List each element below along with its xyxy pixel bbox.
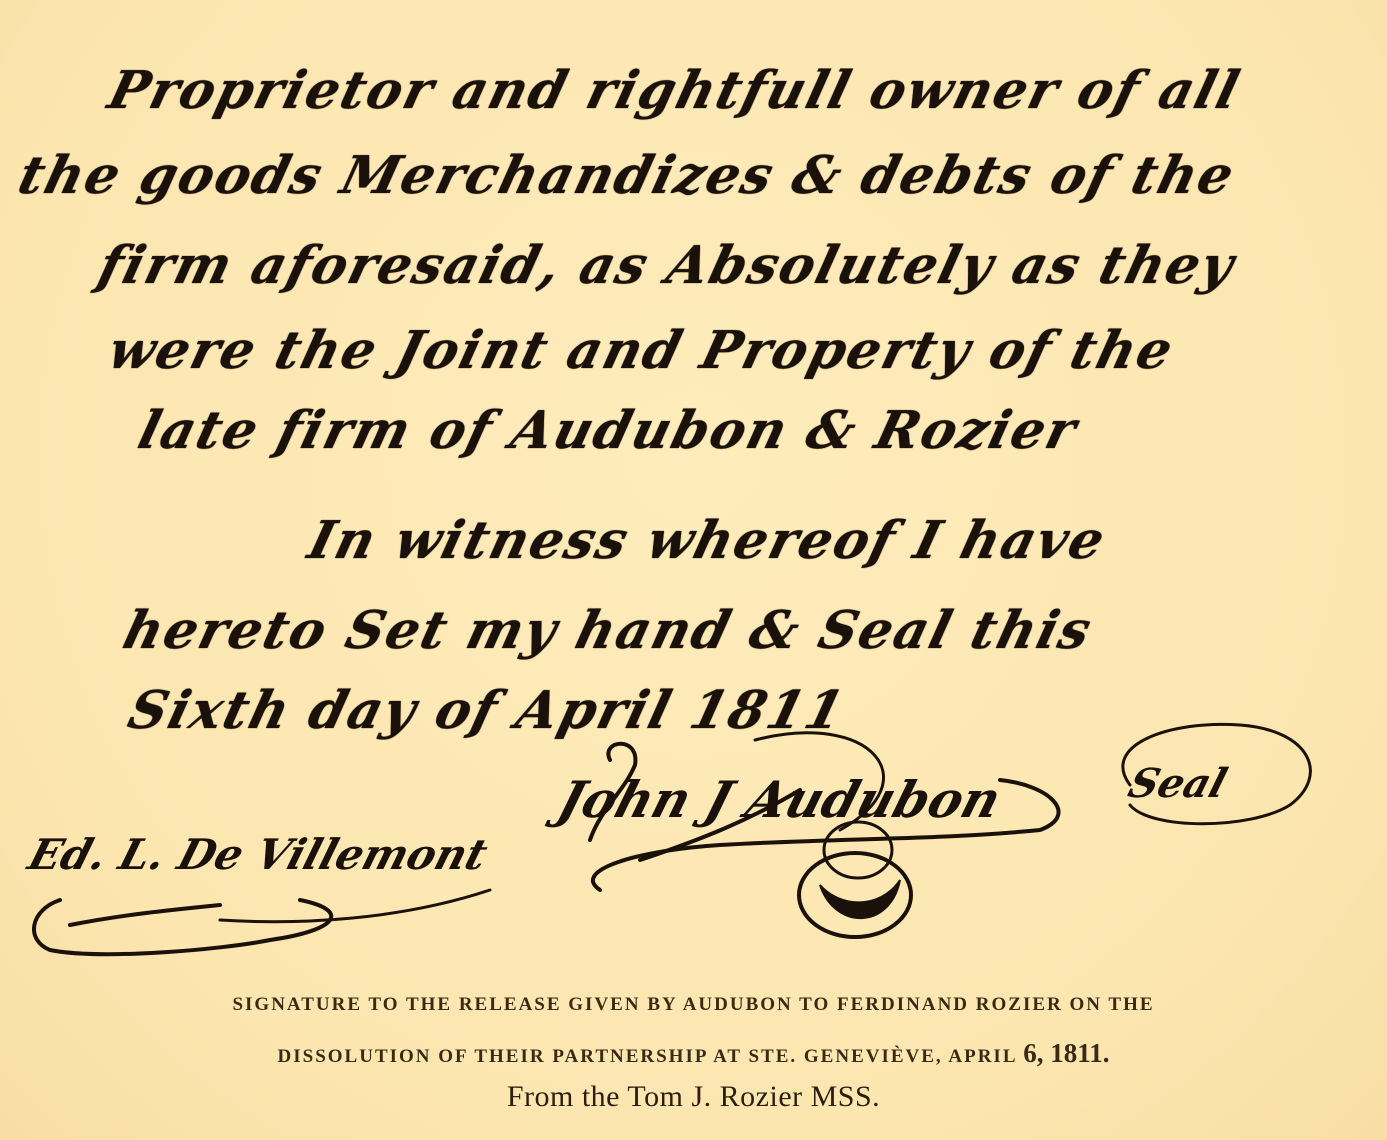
handwritten-line-5: late firm of Audubon & Rozier [132,400,1084,461]
handwritten-line-1: Proprietor and rightfull owner of all [102,60,1246,121]
handwritten-line-3: firm aforesaid, as Absolutely as they [92,235,1241,296]
handwritten-line-6: In witness whereof I have [302,510,1112,571]
handwritten-line-2: the goods Merchandizes & debts of the [12,145,1241,206]
witness-signature: Ed. L. De Villemont [23,830,493,879]
handwritten-line-7: hereto Set my hand & Seal this [117,600,1098,661]
handwritten-line-4: were the Joint and Property of the [102,320,1180,381]
scanned-document-page: Proprietor and rightfull owner of all th… [0,0,1387,1140]
seal-mark-icon [780,820,940,940]
caption-line-2-text: DISSOLUTION OF THEIR PARTNERSHIP AT STE.… [278,1046,1017,1067]
caption-source: From the Tom J. Rozier MSS. [0,1080,1387,1114]
caption-line-1: SIGNATURE TO THE RELEASE GIVEN BY AUDUBO… [0,994,1387,1016]
seal-loop-icon [1090,715,1330,835]
witness-signature-flourish [20,880,520,970]
caption-date: 6, 1811. [1023,1038,1109,1068]
caption-line-2: DISSOLUTION OF THEIR PARTNERSHIP AT STE.… [0,1038,1387,1069]
